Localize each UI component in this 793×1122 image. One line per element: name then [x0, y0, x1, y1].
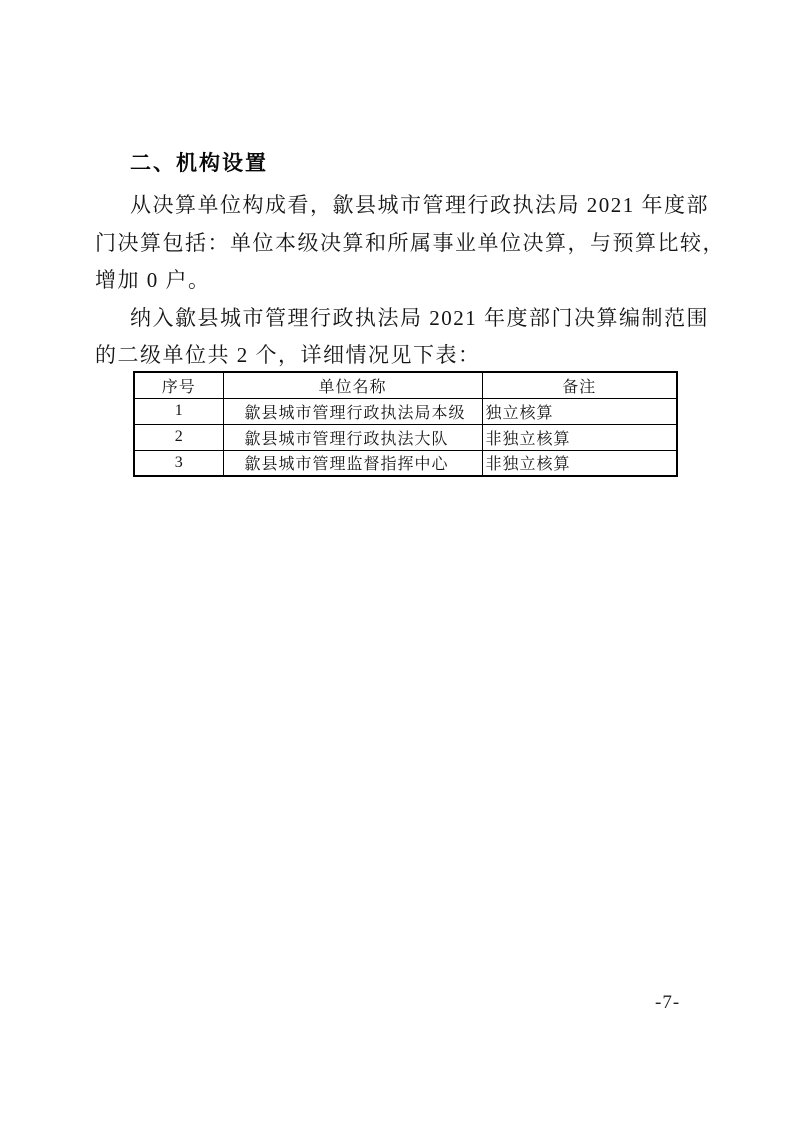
paragraph-line: 增加 0 户。	[95, 262, 677, 300]
units-table: 序号 单位名称 备注 1 歙县城市管理行政执法局本级 独立核算 2 歙县城市管理…	[133, 371, 678, 477]
paragraph-line: 的二级单位共 2 个，详细情况见下表：	[95, 337, 677, 375]
table-row: 3 歙县城市管理监督指挥中心 非独立核算	[134, 450, 677, 476]
table-cell-remark: 非独立核算	[482, 424, 677, 450]
table-header-unit-name: 单位名称	[223, 372, 482, 398]
table-cell-remark: 独立核算	[482, 398, 677, 424]
document-page: 二、机构设置 从决算单位构成看，歙县城市管理行政执法局 2021 年度部 门决算…	[0, 0, 793, 1122]
table-cell-unit-name: 歙县城市管理监督指挥中心	[223, 450, 482, 476]
paragraph-line: 从决算单位构成看，歙县城市管理行政执法局 2021 年度部	[95, 187, 677, 225]
table-cell-seq: 1	[134, 398, 223, 424]
table-cell-remark: 非独立核算	[482, 450, 677, 476]
table-cell-seq: 3	[134, 450, 223, 476]
table-cell-unit-name: 歙县城市管理行政执法局本级	[223, 398, 482, 424]
page-number: -7-	[655, 992, 680, 1014]
table-header-row: 序号 单位名称 备注	[134, 372, 677, 398]
section-heading: 二、机构设置	[130, 147, 268, 177]
table-cell-seq: 2	[134, 424, 223, 450]
table-header-remark: 备注	[482, 372, 677, 398]
table-header-seq: 序号	[134, 372, 223, 398]
table-cell-unit-name: 歙县城市管理行政执法大队	[223, 424, 482, 450]
body-text: 从决算单位构成看，歙县城市管理行政执法局 2021 年度部 门决算包括：单位本级…	[95, 187, 677, 375]
table-row: 1 歙县城市管理行政执法局本级 独立核算	[134, 398, 677, 424]
paragraph-line: 门决算包括：单位本级决算和所属事业单位决算，与预算比较，	[95, 225, 677, 263]
table-row: 2 歙县城市管理行政执法大队 非独立核算	[134, 424, 677, 450]
paragraph-line: 纳入歙县城市管理行政执法局 2021 年度部门决算编制范围	[95, 300, 677, 338]
